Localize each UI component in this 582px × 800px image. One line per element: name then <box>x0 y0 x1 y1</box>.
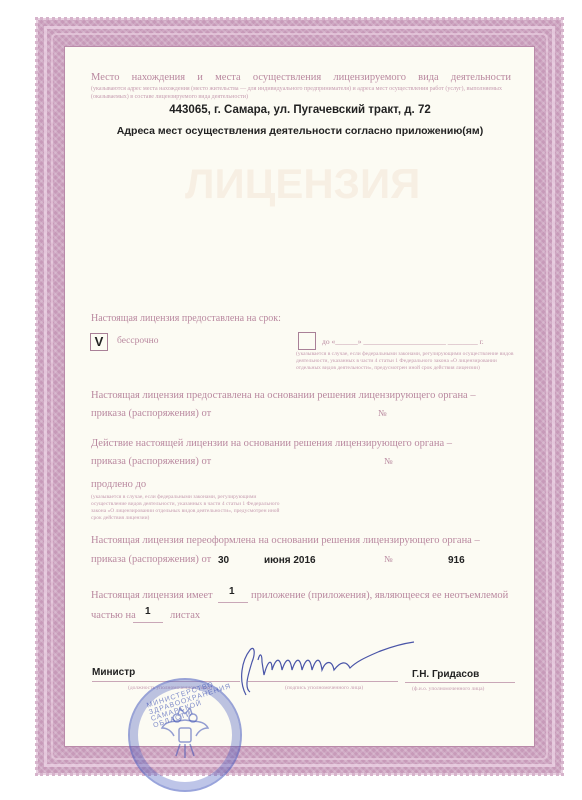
license-address: 443065, г. Самара, ул. Пугачевский тракт… <box>80 104 520 116</box>
appendices-text-after: приложение (приложения), являющееся ее н… <box>251 590 508 601</box>
extended-text: Действие настоящей лицензии на основании… <box>91 438 452 449</box>
appendices-count: 1 <box>229 586 235 597</box>
name-line <box>405 682 515 683</box>
reissued-order-label: приказа (распоряжения) от <box>91 554 211 565</box>
appendices-sheets: 1 <box>145 606 151 617</box>
granted-number-label: № <box>378 408 387 418</box>
reissued-number: 916 <box>448 555 465 566</box>
reissued-day: 30 <box>218 555 229 566</box>
appendices-text-before: Настоящая лицензия имеет <box>91 590 213 601</box>
term-until-label: до «______» ______________________ _____… <box>322 337 484 346</box>
appendices-sheets-after: листах <box>170 610 200 621</box>
reissued-month-year: июня 2016 <box>264 555 316 566</box>
location-heading: Место нахождения и места осуществления л… <box>91 72 511 83</box>
signatory-name: Г.Н. Гридасов <box>412 669 479 680</box>
term-until-hint: (указывается в случае, если федеральными… <box>296 351 518 372</box>
location-hint: (указываются адрес места нахождения (мес… <box>91 85 511 101</box>
extended-order-label: приказа (распоряжения) от <box>91 456 211 467</box>
addresses-note: Адреса мест осуществления деятельности с… <box>80 125 520 137</box>
name-hint: (ф.и.о. уполномоченного лица) <box>412 685 484 694</box>
granted-text: Настоящая лицензия предоставлена на осно… <box>91 390 476 401</box>
granted-order-label: приказа (распоряжения) от <box>91 408 211 419</box>
checkbox-until-date[interactable] <box>298 332 316 350</box>
background-watermark: ЛИЦЕНЗИЯ <box>185 160 385 260</box>
term-heading: Настоящая лицензия предоставлена на срок… <box>91 313 281 324</box>
extended-number-label: № <box>384 456 393 466</box>
double-headed-eagle-icon <box>160 706 210 762</box>
official-seal: МИНИСТЕРСТВО ЗДРАВООХРАНЕНИЯ САМАРСКОЙ О… <box>128 678 242 792</box>
appendices-count-line <box>218 602 248 603</box>
extended-until-label: продлено до <box>91 479 146 490</box>
handwritten-signature <box>228 640 418 700</box>
appendices-sheets-before: частью на <box>91 610 136 621</box>
appendices-sheets-line <box>133 622 163 623</box>
signatory-position: Министр <box>92 667 135 678</box>
term-unlimited-label: бессрочно <box>117 336 158 346</box>
checkbox-unlimited[interactable]: V <box>90 333 108 351</box>
reissued-text: Настоящая лицензия переоформлена на осно… <box>91 535 480 546</box>
reissued-number-label: № <box>384 554 393 564</box>
extended-hint: (указывается в случае, если федеральными… <box>91 494 291 522</box>
